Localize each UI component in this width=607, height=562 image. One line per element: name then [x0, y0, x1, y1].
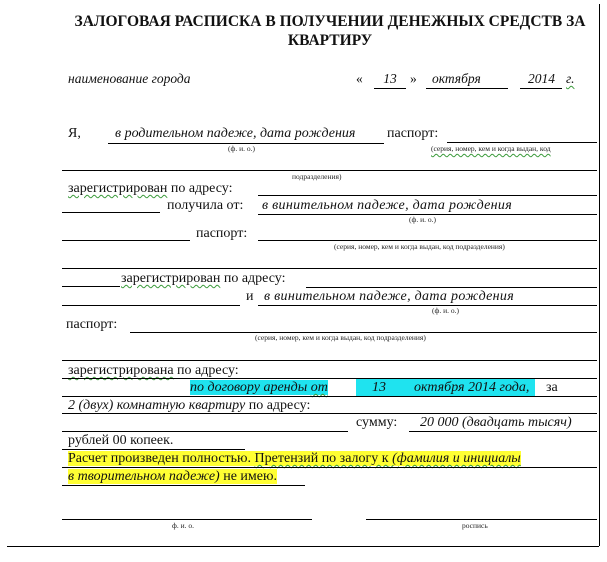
date-day[interactable]: 13: [374, 70, 406, 87]
receiver-passport-line-2[interactable]: [62, 170, 597, 171]
registered-rest: по адресу:: [220, 271, 285, 286]
received-from-passport-line-2[interactable]: [62, 268, 597, 269]
date-year-line: [520, 88, 562, 89]
contract-object[interactable]: 2 (двух) комнатную квартиру по адресу:: [68, 397, 310, 414]
settlement-highlight-2: в творительном падеже) не имею.: [68, 469, 277, 484]
registered-word: зарегистрирована: [68, 363, 174, 378]
contract-day: 13: [372, 380, 386, 395]
sum-line: [409, 431, 597, 432]
received-from-name-caption: (ф. и. о.): [409, 215, 436, 224]
second-party-passport-label: паспорт:: [66, 316, 117, 333]
received-from-label: получила от:: [167, 197, 243, 214]
second-party-name-line: [258, 305, 597, 306]
registered-rest: по адресу:: [174, 363, 239, 378]
date-open-quote: «: [356, 70, 363, 87]
contract-date[interactable]: 13октября 2014 года,: [356, 379, 535, 396]
second-party-blank-line: [62, 305, 240, 306]
receiver-name[interactable]: в родительном падеже, дата рождения: [115, 125, 355, 142]
received-from-name[interactable]: в винительном падеже, дата рождения: [262, 197, 512, 214]
registered-word: зарегистрирован: [68, 181, 167, 196]
registered-word: зарегистрирован: [121, 271, 220, 286]
settlement-part-5: не имею.: [220, 469, 277, 484]
title-line-2: КВАРТИРУ: [60, 31, 600, 50]
date-day-line: [374, 88, 406, 89]
sum-tail: рублей 00 копеек.: [68, 432, 173, 449]
settlement-line-2-rule: [62, 485, 305, 486]
settlement-highlight-1: Расчет произведен полностью. Претензий п…: [68, 451, 521, 466]
settlement-part-1: Расчет произведен полностью.: [68, 451, 255, 466]
receiver-name-caption: (ф. и. о.): [228, 144, 255, 153]
signature-caption: роспись: [462, 521, 488, 530]
received-from-passport-blank: [62, 240, 190, 241]
second-party-name-caption: (ф. и. о.): [432, 306, 459, 315]
date-month-line: [426, 88, 508, 89]
signature-line[interactable]: [366, 519, 597, 520]
document-title: ЗАЛОГОВАЯ РАСПИСКА В ПОЛУЧЕНИИ ДЕНЕЖНЫХ …: [60, 12, 600, 50]
settlement-part-2: Претензий по залогу к: [255, 451, 389, 466]
receiver-passport-label: паспорт:: [387, 125, 438, 142]
sum-label: сумму:: [356, 414, 397, 431]
page-border-bottom: [7, 546, 599, 547]
second-party-passport-caption: (серия, номер, кем и когда выдан, код по…: [255, 333, 426, 342]
date-year-suffix: г.: [566, 70, 574, 87]
settlement-line-2: в творительном падеже) не имею.: [68, 468, 277, 485]
second-party-name[interactable]: в винительном падеже, дата рождения: [264, 288, 514, 305]
contract-basis-prefix: по договору аренды: [190, 380, 311, 395]
contract-object-text: 2 (двух) комнатную квартиру: [68, 398, 245, 413]
contract-month-year: октября 2014 года,: [414, 380, 529, 395]
receiver-passport-caption: (серия, номер, кем и когда выдан, код: [431, 144, 551, 153]
received-from-passport-label: паспорт:: [196, 225, 247, 242]
received-from-passport-caption: (серия, номер, кем и когда выдан, код по…: [334, 242, 505, 251]
contract-for-word: за: [546, 379, 558, 396]
date-month[interactable]: октября: [432, 70, 481, 87]
signature-name-line[interactable]: [62, 519, 312, 520]
receiver-address-line[interactable]: [258, 195, 597, 196]
contract-object-rest: по адресу:: [245, 398, 310, 413]
page-border-right: [599, 4, 600, 546]
sum-value[interactable]: 20 000 (двадцать тысяч): [420, 414, 572, 431]
received-from-registered-label: зарегистрирован по адресу:: [121, 270, 285, 287]
contract-basis-word: от: [311, 380, 328, 395]
contract-basis-highlight: по договору аренды от: [190, 380, 328, 395]
second-party-passport-line-2[interactable]: [62, 360, 597, 361]
received-from-passport-line[interactable]: [258, 240, 597, 241]
received-from-registered-blank: [62, 286, 120, 287]
settlement-part-4: в творительном падеже): [68, 469, 220, 484]
title-line-1: ЗАЛОГОВАЯ РАСПИСКА В ПОЛУЧЕНИИ ДЕНЕЖНЫХ …: [60, 12, 600, 31]
receiver-prefix: Я,: [68, 125, 81, 142]
signature-name-caption: ф. и. о.: [172, 521, 194, 530]
settlement-line-1: Расчет произведен полностью. Претензий п…: [68, 450, 521, 467]
city-field[interactable]: наименование города: [68, 70, 191, 87]
receiver-passport-line[interactable]: [447, 142, 597, 143]
receiver-passport-caption-2: подразделения): [292, 172, 341, 181]
registered-rest: по адресу:: [167, 181, 232, 196]
date-close-quote: »: [410, 70, 417, 87]
receiver-registered-label: зарегистрирован по адресу:: [68, 180, 232, 197]
second-party-conj: и: [246, 288, 254, 305]
date-year[interactable]: 2014: [528, 70, 555, 87]
settlement-part-3: (фамилия и инициалы: [389, 451, 521, 466]
contract-basis[interactable]: по договору аренды от: [190, 379, 328, 396]
received-from-blank-line: [62, 212, 160, 213]
second-party-registered-label: зарегистрирована по адресу:: [68, 362, 239, 379]
